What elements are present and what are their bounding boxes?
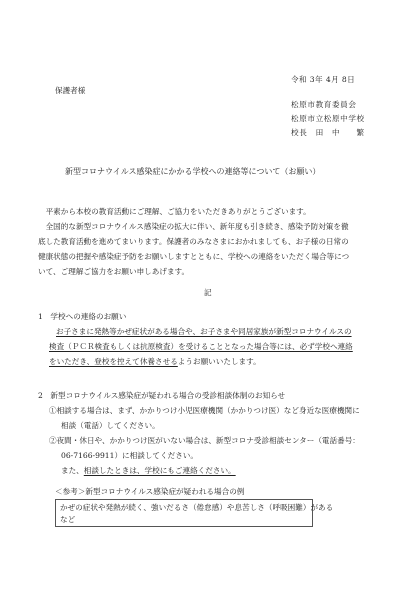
- section-line: をいただき、登校を控えて休養させるようお願いいたします。: [38, 356, 353, 371]
- document-date: 令和 3年 4月 8日: [291, 74, 355, 85]
- section-line: ②夜間・休日や、かかりつけ医がいない場合は、新型コロナ受診相談センター（電話番号…: [38, 435, 360, 450]
- reference-line: かぜの症状や発熱が続く、強いだるさ（倦怠感）や息苦しさ（呼吸困難）がある: [60, 502, 308, 514]
- sender-block: 松原市教育委員会 松原市立松原中学校 校長 田 中 繁: [291, 99, 365, 141]
- underlined-text: をいただき、登校を控えて休養させる: [49, 357, 178, 366]
- section-line: お子さまに発熱等かぜ症状がある場合や、お子さまや同居家族が新型コロナウイルスの: [38, 326, 353, 341]
- section-line: 相談（電話）してください。: [38, 420, 360, 435]
- plain-text: また、: [61, 466, 84, 475]
- section-line: ①相談する場合は、まず、かかりつけ小児医療機関（かかりつけ医）など身近な医療機関…: [38, 405, 360, 420]
- plain-text: ようお願いいたします。: [178, 357, 261, 366]
- recipient: 保護者様: [55, 85, 85, 96]
- intro-line: 健康状態の把握や感染症予防をお願いしますとともに、学校への連絡をいただく場合等に…: [38, 251, 373, 266]
- sender-line: 松原市立松原中学校: [291, 113, 365, 127]
- sender-line: 松原市教育委員会: [291, 99, 365, 113]
- section-heading: 2 新型コロナウイルス感染症が疑われる場合の受診相談体制のお知らせ: [38, 390, 360, 405]
- underlined-text: 相談したときは、学校にもご連絡ください。: [84, 466, 236, 475]
- section-line: 検査（ＰＣＲ検査もしくは抗原検査）を受けることとなった場合等には、必ず学校へ連絡: [38, 341, 353, 356]
- reference-line: など: [60, 514, 308, 526]
- section-line: また、相談したときは、学校にもご連絡ください。: [38, 465, 360, 480]
- reference-title: ＜参考＞新型コロナウイルス感染症が疑われる場合の例: [55, 486, 244, 497]
- document-title: 新型コロナウイルス感染症にかかる学校への連絡等について（お願い）: [65, 166, 320, 178]
- intro-line: 底した教育活動を進めてまいります。保護者のみなさまにおかれましても、お子様の日常…: [38, 236, 373, 251]
- intro-line: いて、ご理解ご協力をお願い申しあげます。: [38, 266, 373, 281]
- reference-box: かぜの症状や発熱が続く、強いだるさ（倦怠感）や息苦しさ（呼吸困難）がある など: [55, 499, 313, 527]
- underlined-text: お子さまに発熱等かぜ症状がある場合や、お子さまや同居家族が新型コロナウイルスの: [56, 327, 352, 336]
- intro-line: 全国的な新型コロナウイルス感染症の拡大に伴い、新年度も引き続き、感染予防対策を徹: [38, 221, 373, 236]
- intro-paragraph: 平素から本校の教育活動にご理解、ご協力をいただきありがとうございます。 全国的な…: [38, 206, 373, 281]
- section-2: 2 新型コロナウイルス感染症が疑われる場合の受診相談体制のお知らせ ①相談する場…: [38, 390, 360, 480]
- ki-marker: 記: [204, 287, 212, 298]
- underlined-text: 検査（ＰＣＲ検査もしくは抗原検査）を受けることとなった場合等には、必ず学校へ連絡: [49, 342, 353, 351]
- sender-line: 校長 田 中 繁: [291, 127, 365, 141]
- section-heading: 1 学校への連絡のお願い: [38, 311, 353, 326]
- section-line: 06-7166-9911）に相談してください。: [38, 450, 360, 465]
- intro-line: 平素から本校の教育活動にご理解、ご協力をいただきありがとうございます。: [38, 206, 373, 221]
- section-1: 1 学校への連絡のお願い お子さまに発熱等かぜ症状がある場合や、お子さまや同居家…: [38, 311, 353, 371]
